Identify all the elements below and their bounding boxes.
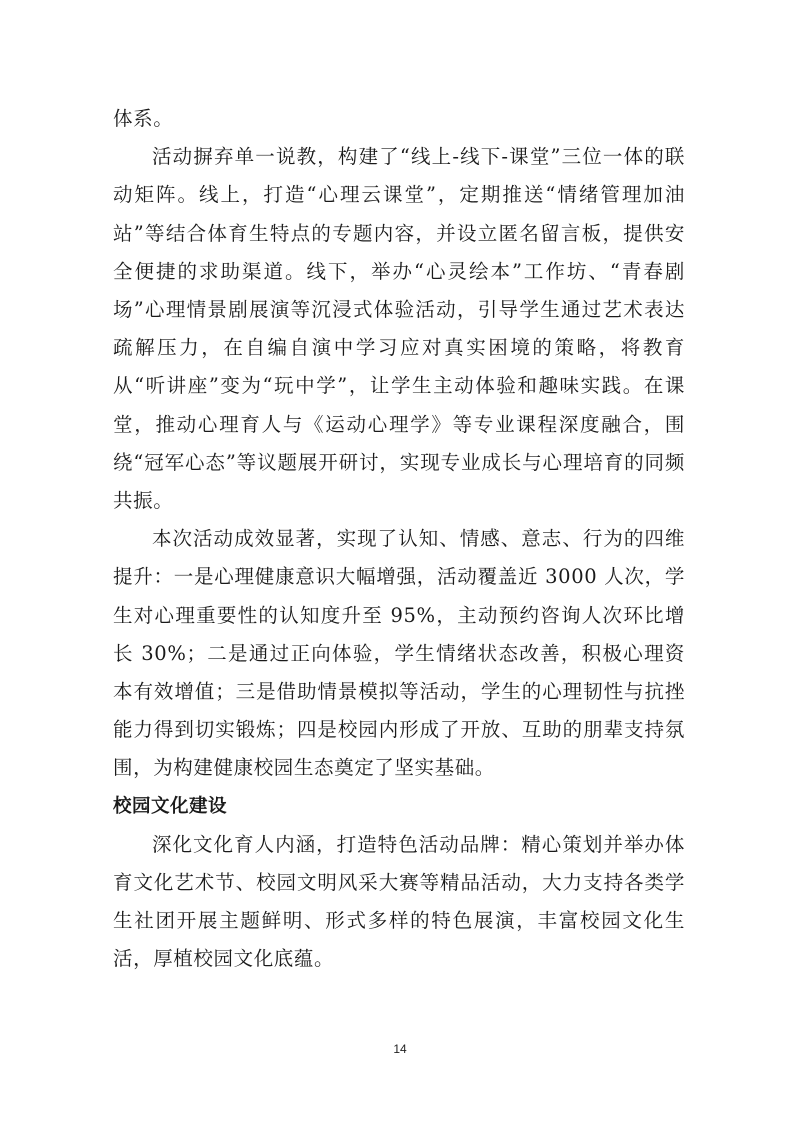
section-heading-campus-culture: 校园文化建设 xyxy=(113,788,685,826)
paragraph-activity-results: 本次活动成效显著，实现了认知、情感、意志、行为的四维提升：一是心理健康意识大幅增… xyxy=(113,520,685,787)
paragraph-campus-culture: 深化文化育人内涵，打造特色活动品牌：精心策划并举办体育文化艺术节、校园文明风采大… xyxy=(113,826,685,979)
document-page-body: 体系。 活动摒弃单一说教，构建了“线上-线下-课堂”三位一体的联动矩阵。线上，打… xyxy=(113,100,685,979)
paragraph-activity-matrix: 活动摒弃单一说教，构建了“线上-线下-课堂”三位一体的联动矩阵。线上，打造“心理… xyxy=(113,138,685,520)
page-number: 14 xyxy=(0,1042,800,1056)
paragraph-continuation: 体系。 xyxy=(113,100,685,138)
